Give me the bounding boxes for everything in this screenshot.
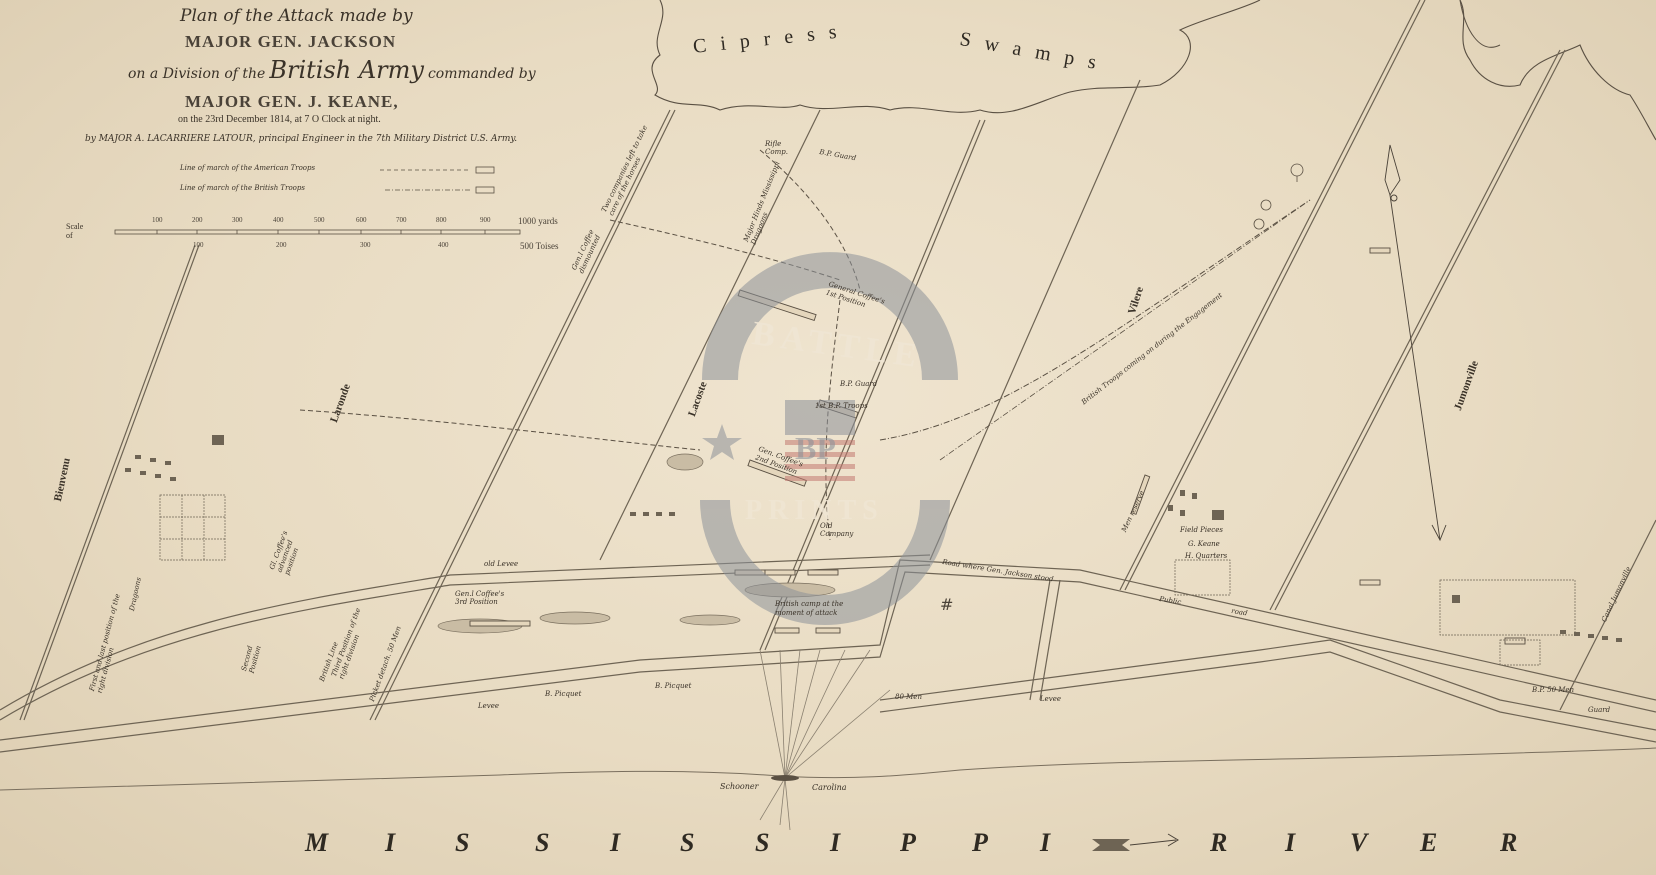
label-levee-right: Levee — [1040, 695, 1061, 703]
label-schooner: Schooner — [720, 782, 758, 791]
label-old-levee: old Levee — [484, 560, 518, 568]
swamp-edge-east — [1460, 0, 1656, 140]
label-picquet-1: B. Picquet — [545, 690, 581, 698]
title-line-6: by MAJOR A. LACARRIERE LATOUR, principal… — [85, 134, 517, 144]
label-keane: G. Keane — [1188, 540, 1220, 548]
swamp-edge — [652, 0, 1260, 113]
legend-british: Line of march of the British Troops — [180, 184, 305, 192]
label-guard: Guard — [1588, 706, 1610, 714]
scale-label: Scale of — [66, 222, 86, 240]
title-line-3: on a Division of the British Army comman… — [128, 56, 536, 84]
label-coffee-3rd: Gen.l Coffee's 3rd Position — [455, 590, 510, 606]
label-field-pieces: Field Pieces — [1180, 526, 1223, 534]
label-levee-left: Levee — [478, 702, 499, 710]
label-br-troops-mid: 1st B.P. Troops — [815, 402, 868, 410]
trees-icon — [1254, 164, 1303, 229]
compass-needle — [1385, 145, 1446, 540]
label-men-guard: B.P. 50 Men — [1532, 686, 1574, 694]
title-line-5: on the 23rd December 1814, at 7 O Clock … — [178, 114, 381, 125]
svg-text:#: # — [940, 595, 953, 614]
label-rifle-comp: Rifle Comp. — [765, 140, 793, 156]
current-arrow-icon — [1092, 834, 1178, 851]
schooner-icon — [771, 775, 799, 781]
legend-american: Line of march of the American Troops — [180, 164, 315, 172]
label-br-guard-mid: B.P. Guard — [840, 380, 877, 388]
title-line-2: MAJOR GEN. JACKSON — [185, 32, 396, 52]
label-men-80: 80 Men — [895, 693, 922, 701]
label-old-company: Old Company — [820, 522, 860, 538]
scale-bar — [115, 230, 520, 234]
label-carolina: Carolina — [812, 783, 847, 792]
label-hq: H. Quarters — [1185, 552, 1227, 560]
watermark-bottom-text: PRINTS — [745, 495, 884, 527]
label-british-camp: British camp at the moment of attack — [775, 600, 845, 618]
battle-map: # BATTLE PRINTS BP Plan of the Attack ma… — [0, 0, 1656, 875]
title-line-4: MAJOR GEN. J. KEANE, — [185, 92, 399, 112]
title-line-1: Plan of the Attack made by — [180, 6, 413, 26]
label-picquet-2: B. Picquet — [655, 682, 691, 690]
